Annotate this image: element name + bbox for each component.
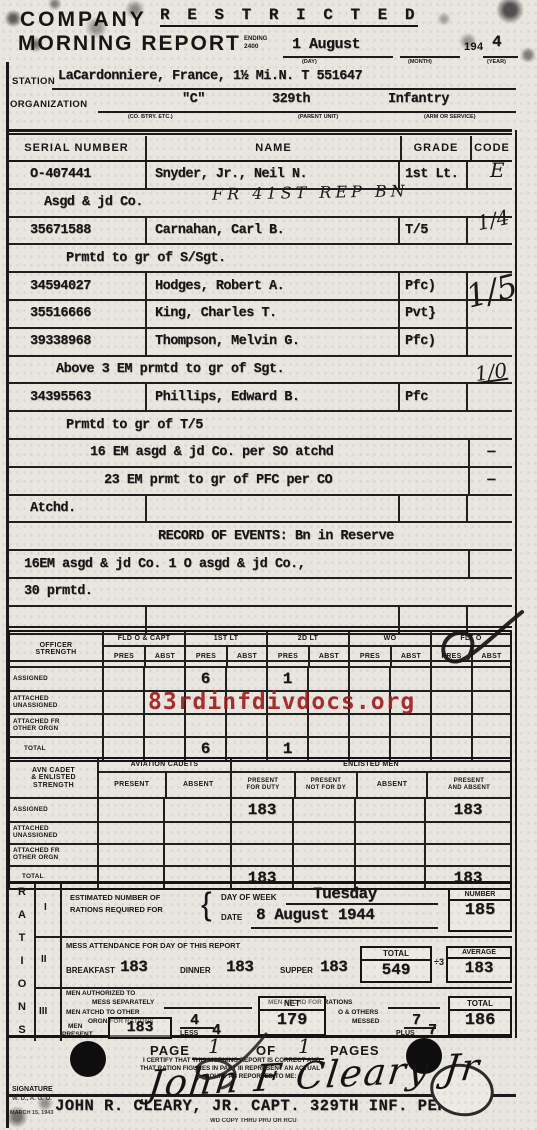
section-ii-numeral: II	[41, 954, 47, 965]
rations-date-label: DATE	[221, 913, 242, 922]
group-2d-lt: 2D LT PRES ABST	[266, 632, 348, 666]
group-1st-lt: 1ST LT PRES ABST	[184, 632, 266, 666]
col-present-for-duty: PRESENT FOR DUTY	[232, 773, 294, 797]
table-row: 39338968 Thompson, Melvin G. Pfc)	[8, 329, 512, 357]
mess-total-box: TOTAL 549	[360, 946, 432, 983]
col-absent: ABSENT	[356, 773, 426, 797]
pen-mark-officer-table	[418, 608, 530, 670]
serial-number: 35671588	[8, 223, 91, 238]
group-label: FLD O & CAPT	[118, 635, 171, 643]
code-cell: —	[468, 468, 512, 494]
serial-number: 34395563	[8, 390, 91, 405]
row-label: ASSIGNED	[13, 676, 48, 683]
remark-text: Atchd.	[8, 501, 76, 516]
vletter: O	[18, 978, 27, 990]
record-of-events: RECORD OF EVENTS: Bn in Reserve	[8, 529, 394, 544]
vletter: R	[18, 886, 26, 898]
group-fldo-capt: FLD O & CAPT PRES ABST	[102, 632, 184, 666]
rations-divider-2	[60, 884, 62, 1041]
code-dash: —	[487, 473, 495, 488]
abst-label: ABST	[155, 653, 175, 661]
soldier-name: King, Charles T.	[155, 306, 277, 321]
remark-text: Above 3 EM prmtd to gr of Sgt.	[8, 362, 284, 377]
pen-flourish-page	[178, 1030, 278, 1090]
roster-top-rule-2	[8, 133, 512, 135]
enl-title-3: STRENGTH	[33, 782, 74, 790]
station-underline	[52, 88, 516, 90]
total-1stlt-pres: 6	[201, 740, 211, 758]
col-present-and-absent: PRESENT AND ABSENT	[426, 773, 510, 797]
company-caption: (CO. BTRY. ETC.)	[128, 114, 173, 120]
col-label: PRESENT	[454, 778, 484, 786]
men-authorized-label-1: MEN AUTHORIZED TO	[66, 990, 135, 997]
code-cell	[466, 496, 512, 522]
mess-attendance-label: MESS ATTENDANCE FOR DAY OF THIS REPORT	[66, 941, 240, 950]
col-label: NOT FOR DY	[306, 785, 346, 793]
rations-total-box: TOTAL 186	[448, 996, 512, 1036]
soldier-name: Carnahan, Carl B.	[155, 223, 284, 238]
remark-text: 16 EM asgd & jd Co. per SO atchd	[8, 445, 333, 460]
table-row: 34594027 Hodges, Robert A. Pfc)	[8, 273, 512, 301]
col-label: PRESENT	[248, 778, 278, 786]
grade: Pvt}	[405, 306, 435, 321]
officer-row-attached-fr-other: ATTACHED FR OTHER ORGN	[10, 715, 510, 738]
group-aviation-cadets: AVIATION CADETS PRESENT ABSENT	[97, 759, 230, 797]
remark-text: Prmtd to gr of S/Sgt.	[8, 251, 226, 266]
rations-total-value: 186	[450, 1011, 510, 1030]
remark-text: 16EM asgd & jd Co. 1 O asgd & jd Co.,	[8, 557, 305, 572]
average-box: AVERAGE 183	[446, 946, 512, 983]
table-row-remark: Prmtd to gr of T/5	[8, 412, 512, 440]
soldier-name: Hodges, Robert A.	[155, 279, 284, 294]
plus-label: PLUS	[396, 1030, 415, 1037]
col-header-name: NAME	[145, 136, 400, 160]
day-caption: (DAY)	[302, 59, 317, 65]
group-label: AVIATION CADETS	[131, 761, 199, 769]
enlisted-row-attached-unassigned: ATTACHED UNASSIGNED	[10, 823, 510, 845]
col-header-grade: GRADE	[400, 136, 470, 160]
table-row-remark: Prmtd to gr of S/Sgt.	[8, 245, 512, 273]
date-underline-2	[251, 927, 438, 929]
vletter: T	[19, 932, 26, 944]
group-label: ENLISTED MEN	[343, 761, 399, 769]
row-label: TOTAL	[22, 874, 44, 881]
enlisted-row-assigned: ASSIGNED 183 183	[10, 799, 510, 823]
row-label: ASSIGNED	[13, 807, 48, 814]
average-label: AVERAGE	[448, 948, 510, 959]
rations-required-label-1: ESTIMATED NUMBER OF	[70, 893, 160, 902]
col-label: FOR DUTY	[246, 785, 279, 793]
mess-total-label: TOTAL	[362, 948, 430, 961]
code-cell	[466, 329, 512, 355]
ending-label: ENDING	[244, 36, 267, 42]
men-authorized-label-2: MESS SEPARATELY	[92, 999, 154, 1006]
men-present-label-1: MEN	[68, 1023, 82, 1030]
scan-noise-top-left	[0, 0, 154, 64]
station-value: LaCardonniere, France, 1½ Mi.N. T 551647	[58, 69, 362, 84]
grade: Pfc)	[405, 279, 435, 294]
code-cell: —	[468, 440, 512, 466]
table-row-remark: 16EM asgd & jd Co. 1 O asgd & jd Co.,	[8, 551, 512, 579]
handwritten-code-phillips: 1/0	[473, 358, 508, 386]
table-row: 35671588 Carnahan, Carl B. T/5	[8, 218, 512, 246]
rations-section: R A T I O N S I II III ESTIMATED NUMBER …	[8, 881, 512, 1038]
row-label: UNASSIGNED	[13, 703, 58, 710]
soldier-name: Thompson, Melvin G.	[155, 334, 299, 349]
code-dash: —	[487, 445, 495, 460]
row-label: UNASSIGNED	[13, 833, 58, 840]
col-header-code: CODE	[470, 136, 512, 160]
dinner-value: 183	[226, 958, 253, 976]
table-row: 35516666 King, Charles T. Pvt}	[8, 301, 512, 329]
divide-by-three: ÷3	[434, 958, 444, 967]
rations-sec1-rule	[34, 936, 512, 938]
col-label: AND ABSENT	[448, 785, 490, 793]
organization-parent: 329th	[272, 92, 310, 107]
assigned-present-for-duty: 183	[248, 801, 277, 819]
soldier-name: Phillips, Edward B.	[155, 390, 299, 405]
supper-value: 183	[320, 958, 347, 976]
breakfast-label: BREAKFAST	[66, 966, 115, 975]
vletter: S	[18, 1024, 25, 1036]
rations-vertical-label: R A T I O N S	[12, 886, 32, 1036]
abst-label: ABST	[319, 653, 339, 661]
others-messed-label-2: MESSED	[352, 1018, 379, 1025]
officer-title-2: STRENGTH	[36, 649, 77, 657]
atchd-for-rations-blank	[388, 1007, 440, 1009]
others-messed-label-1: O & OTHERS	[338, 1009, 378, 1016]
pres-label: PRES	[278, 653, 298, 661]
station-label: STATION	[12, 76, 55, 87]
roster-top-rule-1	[8, 129, 512, 132]
organization-label: ORGANIZATION	[10, 99, 87, 110]
atchd-other-label-1: MEN ATCHD TO OTHER	[66, 1009, 140, 1016]
handwritten-asgd-annotation: FR 41ST REP BN	[212, 181, 409, 203]
classification-restricted: R E S T R I C T E D	[160, 6, 418, 27]
code-cell	[466, 162, 512, 188]
parent-caption: (PARENT UNIT)	[298, 114, 338, 120]
code-cell	[468, 551, 512, 577]
soldier-name: Snyder, Jr., Neil N.	[155, 167, 307, 182]
organization-company: "C"	[182, 92, 205, 107]
page-number-handwritten: 1	[208, 1034, 221, 1058]
vletter: I	[20, 955, 23, 967]
vletter: A	[18, 909, 26, 921]
scan-noise-bottom-left	[0, 1090, 66, 1130]
serial-number: 34594027	[8, 279, 91, 294]
group-label: WO	[384, 635, 397, 643]
enl-title-1: AVN CADET	[32, 767, 75, 775]
group-enlisted-men: ENLISTED MEN PRESENT FOR DUTY PRESENT NO…	[230, 759, 510, 797]
pres-label: PRES	[114, 653, 134, 661]
section-i-numeral: I	[44, 902, 47, 913]
number-label: NUMBER	[450, 890, 510, 901]
net-value: 179	[260, 1011, 324, 1030]
dinner-label: DINNER	[180, 966, 211, 975]
vletter: N	[18, 1001, 26, 1013]
plus-value: 7	[428, 1022, 437, 1039]
absent-label: ABSENT	[183, 781, 214, 789]
present-label: PRESENT	[114, 781, 149, 789]
day-of-week-value: Tuesday	[313, 885, 377, 903]
table-row-remark: Above 3 EM prmtd to gr of Sgt.	[8, 357, 512, 385]
table-row: 34395563 Phillips, Edward B. Pfc	[8, 384, 512, 412]
enlisted-strength-table: AVN CADET & ENLISTED STRENGTH AVIATION C…	[8, 757, 512, 890]
serial-number: 39338968	[8, 334, 91, 349]
handwritten-code-snyder: E	[490, 158, 505, 182]
breakfast-value: 183	[120, 958, 147, 976]
copy-routing-note: WD COPY THRU PRU OR RCU	[210, 1118, 297, 1124]
number-box: NUMBER 185	[448, 888, 512, 932]
atchd-other-underline	[180, 1027, 214, 1029]
rations-required-label-2: RATIONS REQUIRED FOR	[70, 905, 163, 914]
net-label: NET	[260, 998, 324, 1011]
table-row-remark: 30 prmtd.	[8, 579, 512, 607]
group-label: 1ST LT	[214, 635, 239, 643]
rations-total-label: TOTAL	[450, 998, 510, 1011]
table-row-record-of-events: RECORD OF EVENTS: Bn in Reserve	[8, 523, 512, 551]
right-border-line	[515, 130, 517, 1038]
remark-text: 30 prmtd.	[8, 584, 92, 599]
group-label: 2D LT	[298, 635, 318, 643]
men-present-label-2: PRESENT	[62, 1031, 93, 1038]
officer-title-1: OFFICER	[40, 642, 73, 650]
morning-report-document: COMPANY R E S T R I C T E D MORNING REPO…	[0, 0, 537, 1130]
pages-number-handwritten: 1	[298, 1034, 311, 1058]
ending-time: 2400	[244, 43, 258, 50]
serial-number: O-407441	[8, 167, 91, 182]
assigned-1stlt-pres: 6	[201, 670, 211, 688]
organization-underline	[98, 111, 516, 113]
assigned-present-and-absent: 183	[454, 801, 483, 819]
grade: Pfc	[405, 390, 428, 405]
remark-text: Asgd & jd Co.	[8, 195, 143, 210]
enlisted-strength-title: AVN CADET & ENLISTED STRENGTH	[10, 759, 97, 797]
table-row-remark: 23 EM prmt to gr of PFC per CO —	[8, 468, 512, 496]
enl-title-2: & ENLISTED	[31, 774, 76, 782]
row-label: OTHER ORGN	[13, 855, 58, 862]
report-date: 1 August	[292, 36, 360, 53]
rations-date-value: 8 August 1944	[256, 906, 374, 924]
enlisted-row-attached-fr-other: ATTACHED FR OTHER ORGN	[10, 845, 510, 867]
roster-table: SERIAL NUMBER NAME GRADE CODE O-407441 S…	[8, 136, 512, 662]
grade: T/5	[405, 223, 428, 238]
mess-separately-blank	[164, 1007, 252, 1009]
remark-text: Prmtd to gr of T/5	[8, 418, 203, 433]
remark-text: 23 EM prmt to gr of PFC per CO	[8, 473, 332, 488]
watermark: 83rdinfdivdocs.org	[148, 689, 415, 715]
code-cell	[466, 384, 512, 410]
dow-underline	[286, 903, 438, 905]
table-row: Atchd.	[8, 496, 512, 524]
col-label: PRESENT	[311, 778, 341, 786]
row-label: OTHER ORGN	[13, 726, 58, 733]
mess-total-value: 549	[362, 961, 430, 979]
rations-sec2-rule	[34, 987, 512, 989]
col-header-serial: SERIAL NUMBER	[8, 136, 145, 160]
punch-hole-left	[70, 1041, 106, 1077]
average-value: 183	[448, 959, 510, 977]
typed-signature-name: JOHN R. CLEARY, JR. CAPT. 329TH INF. PER…	[55, 1097, 486, 1115]
pres-label: PRES	[196, 653, 216, 661]
date-underline	[283, 56, 393, 58]
assigned-2dlt-pres: 1	[283, 670, 293, 688]
rations-divider-1	[34, 884, 36, 1041]
table-row-remark: 16 EM asgd & jd Co. per SO atchd —	[8, 440, 512, 468]
grade: Pfc)	[405, 334, 435, 349]
officer-strength-title: OFFICER STRENGTH	[10, 632, 102, 666]
men-present-value: 183	[110, 1019, 170, 1036]
col-present-not-for-duty: PRESENT NOT FOR DY	[294, 773, 356, 797]
section-iii-numeral: III	[39, 1006, 47, 1017]
serial-number: 35516666	[8, 306, 91, 321]
organization-arm: Infantry	[388, 92, 449, 107]
pres-label: PRES	[360, 653, 380, 661]
arm-caption: (ARM OR SERVICE)	[424, 114, 476, 120]
scan-noise-top-right	[420, 0, 537, 82]
row-label: TOTAL	[24, 746, 46, 753]
abst-label: ABST	[237, 653, 257, 661]
number-value: 185	[450, 901, 510, 920]
total-2dlt-pres: 1	[283, 740, 293, 758]
grade: 1st Lt.	[405, 167, 458, 182]
roster-header-row: SERIAL NUMBER NAME GRADE CODE	[8, 136, 512, 162]
men-present-box: 183	[108, 1017, 172, 1039]
col-label: ABSENT	[377, 781, 408, 789]
supper-label: SUPPER	[280, 966, 313, 975]
day-of-week-label: DAY OF WEEK	[221, 893, 277, 902]
brace: {	[201, 886, 212, 923]
